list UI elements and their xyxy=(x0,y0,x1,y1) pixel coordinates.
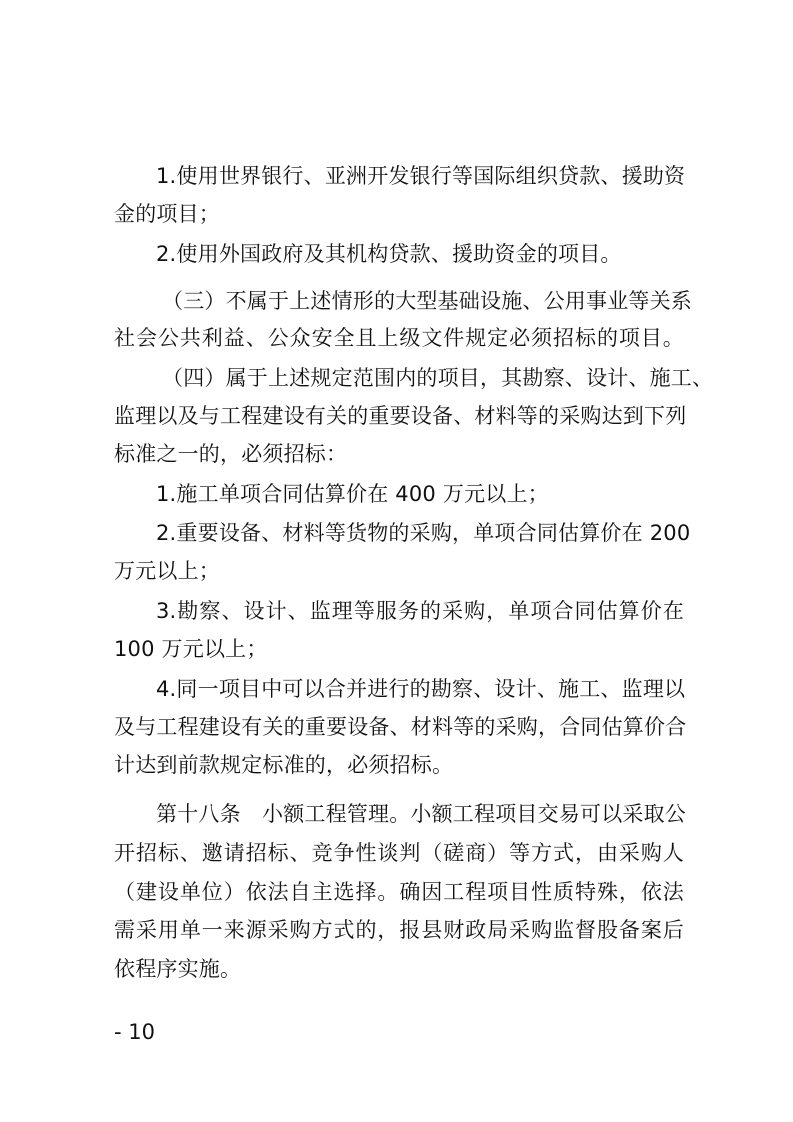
text-line-item-1-cont: 金的项目； xyxy=(114,200,684,228)
text-line-standard-4: 4.同一项目中可以合并进行的勘察、设计、施工、监理以 xyxy=(156,675,684,703)
text-line-article-18-cont-3: 需采用单一来源采购方式的，报县财政局采购监督股备案后 xyxy=(114,916,684,944)
document-page: 1.使用世界银行、亚洲开发银行等国际组织贷款、援助资 金的项目； 2.使用外国政… xyxy=(0,0,793,1122)
text-line-standard-4-cont-2: 计达到前款规定标准的，必须招标。 xyxy=(114,751,684,779)
text-line-standard-3-cont: 100 万元以上； xyxy=(114,635,684,663)
text-line-section-3-cont: 社会公共利益、公众安全且上级文件规定必须招标的项目。 xyxy=(114,324,684,352)
text-line-article-18: 第十八条 小额工程管理。小额工程项目交易可以采取公 xyxy=(156,800,684,828)
text-line-standard-2-cont: 万元以上； xyxy=(114,557,684,585)
text-line-standard-3: 3.勘察、设计、监理等服务的采购，单项合同估算价在 xyxy=(156,597,684,625)
text-line-section-4-cont-1: 监理以及与工程建设有关的重要设备、材料等的采购达到下列 xyxy=(114,402,684,430)
text-line-item-2: 2.使用外国政府及其机构贷款、援助资金的项目。 xyxy=(156,240,684,268)
text-line-section-3: （三）不属于上述情形的大型基础设施、公用事业等关系 xyxy=(162,287,684,315)
text-line-standard-1: 1.施工单项合同估算价在 400 万元以上； xyxy=(156,480,684,508)
text-line-article-18-cont-2: （建设单位）依法自主选择。确因工程项目性质特殊，依法 xyxy=(114,878,684,906)
text-line-article-18-cont-1: 开招标、邀请招标、竞争性谈判（磋商）等方式，由采购人 xyxy=(114,839,684,867)
text-line-section-4-cont-2: 标准之一的，必须招标： xyxy=(114,440,684,468)
text-line-item-1: 1.使用世界银行、亚洲开发银行等国际组织贷款、援助资 xyxy=(156,162,684,190)
text-line-standard-4-cont-1: 及与工程建设有关的重要设备、材料等的采购，合同估算价合 xyxy=(114,713,684,741)
text-line-section-4: （四）属于上述规定范围内的项目，其勘察、设计、施工、 xyxy=(162,364,684,392)
text-line-article-18-cont-4: 依程序实施。 xyxy=(114,955,684,983)
text-line-standard-2: 2.重要设备、材料等货物的采购，单项合同估算价在 200 xyxy=(156,519,684,547)
page-number: - 10 xyxy=(114,1018,155,1046)
